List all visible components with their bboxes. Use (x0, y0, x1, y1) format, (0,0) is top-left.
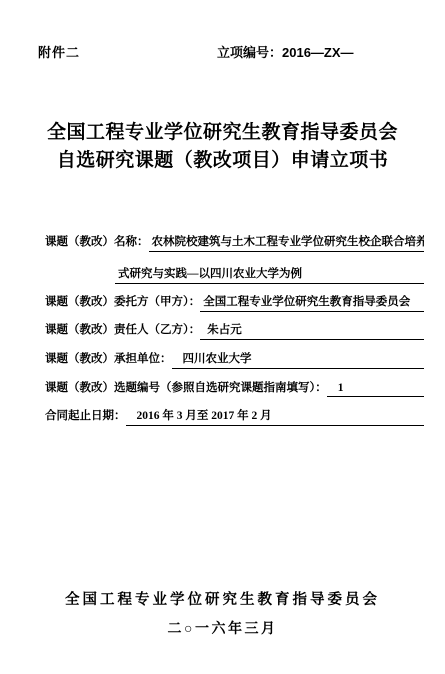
field-topic-number: 课题（教改）选题编号（参照自选研究课题指南填写）： 1 (45, 379, 424, 397)
field-value-underlined: 2016 年 3 月至 2017 年 2 月 (126, 407, 425, 426)
field-label: 课题（教改）委托方（甲方）： (45, 293, 200, 309)
field-contract-dates: 合同起止日期： 2016 年 3 月至 2017 年 2 月 (45, 407, 424, 426)
field-entrusting-party: 课题（教改）委托方（甲方）： 全国工程专业学位研究生教育指导委员会 (45, 293, 424, 312)
field-topic-name: 课题（教改）名称： 农林院校建筑与土木工程专业学位研究生校企联合培养模 (45, 233, 424, 252)
footer-date: 二○一六年三月 (0, 618, 445, 638)
document-title-line2: 自选研究课题（教改项目）申请立项书 (0, 147, 445, 175)
field-value-underlined: 全国工程专业学位研究生教育指导委员会 (200, 293, 424, 312)
field-label: 课题（教改）责任人（乙方）： (45, 321, 200, 337)
field-value-underlined: 四川农业大学 (172, 350, 425, 369)
document-title-line1: 全国工程专业学位研究生教育指导委员会 (0, 119, 445, 147)
field-label: 课题（教改）选题编号（参照自选研究课题指南填写）： (45, 379, 327, 395)
field-label: 课题（教改）名称： (45, 233, 149, 249)
attachment-label: 附件二 (38, 42, 80, 61)
field-value-underlined: 朱占元 (200, 321, 424, 340)
field-value-underlined: 式研究与实践—以四川农业大学为例 (115, 265, 424, 284)
project-number: 立项编号：2016—ZX— (217, 42, 354, 61)
field-label: 课题（教改）承担单位： (45, 350, 172, 366)
footer-organization: 全国工程专业学位研究生教育指导委员会 (0, 588, 445, 609)
field-responsible-person: 课题（教改）责任人（乙方）： 朱占元 (45, 321, 424, 340)
field-undertaking-unit: 课题（教改）承担单位： 四川农业大学 (45, 350, 424, 369)
field-value-underlined: 农林院校建筑与土木工程专业学位研究生校企联合培养模 (149, 233, 425, 252)
document-title: 全国工程专业学位研究生教育指导委员会 自选研究课题（教改项目）申请立项书 (0, 119, 445, 174)
document-page: 附件二 立项编号：2016—ZX— 全国工程专业学位研究生教育指导委员会 自选研… (0, 0, 445, 674)
field-label: 合同起止日期： (45, 407, 126, 423)
field-topic-name-line2: 式研究与实践—以四川农业大学为例 (115, 265, 424, 284)
field-value-underlined: 1 (327, 382, 424, 397)
